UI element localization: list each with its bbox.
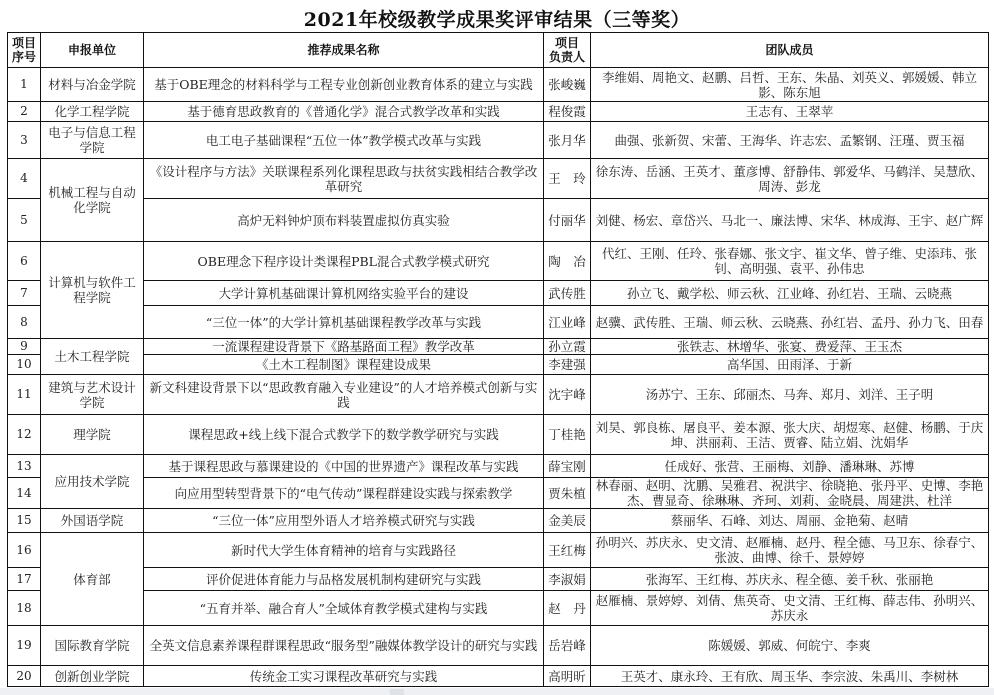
row-unit: 应用技术学院: [41, 455, 144, 509]
row-members: 刘健、杨宏、章岱兴、马北一、廉法博、宋华、林成海、王宇、赵广辉: [591, 199, 989, 242]
row-name: “五育并举、融合育人”全域体育教学模式建构与实践: [144, 591, 544, 626]
header-leader: 项目 负责人: [544, 33, 591, 68]
row-unit: 国际教育学院: [41, 626, 144, 666]
row-members: 张海军、王红梅、苏庆永、程全德、姜千秋、张丽艳: [591, 568, 989, 591]
row-name: OBE理念下程序设计类课程PBL混合式教学模式研究: [144, 242, 544, 281]
row-leader: 李建强: [544, 355, 591, 375]
row-name: 新文科建设背景下以“思政教育融入专业建设”的人才培养模式创新与实践: [144, 375, 544, 415]
table-row: 20 创新创业学院 传统金工实习课程改革研究与实践 高明昕 王英才、康永玲、王有…: [8, 666, 989, 687]
row-name: 评价促进体育能力与品格发展机制构建研究与实践: [144, 568, 544, 591]
row-members: 任成好、张营、王丽梅、刘静、潘琳琳、苏博: [591, 455, 989, 478]
row-seq: 10: [8, 355, 41, 375]
header-name: 推荐成果名称: [144, 33, 544, 68]
row-seq: 3: [8, 122, 41, 159]
row-name: 高炉无料钟炉顶布料装置虚拟仿真实验: [144, 199, 544, 242]
row-unit: 材料与冶金学院: [41, 68, 144, 102]
row-unit: 化学工程学院: [41, 102, 144, 122]
row-seq: 19: [8, 626, 41, 666]
row-seq: 17: [8, 568, 41, 591]
row-members: 汤苏宁、王东、邱丽杰、马奔、郑月、刘洋、王子明: [591, 375, 989, 415]
row-unit: 体育部: [41, 533, 144, 626]
row-seq: 6: [8, 242, 41, 281]
table-row: 9 土木工程学院 一流课程建设背景下《路基路面工程》教学改革 孙立霞 张铁志、林…: [8, 339, 989, 355]
page-title: 2021年校级教学成果奖评审结果（三等奖）: [0, 5, 994, 32]
table-row: 3 电子与信息工程学院 电工电子基础课程“五位一体”教学模式改革与实践 张月华 …: [8, 122, 989, 159]
row-leader: 张月华: [544, 122, 591, 159]
table-row: 8 “三位一体”的大学计算机基础课程教学改革与实践 江业峰 赵骥、武传胜、王瑞、…: [8, 306, 989, 339]
results-table: 项目 序号 申报单位 推荐成果名称 项目 负责人 团队成员 1 材料与冶金学院 …: [7, 32, 989, 687]
row-unit: 外国语学院: [41, 509, 144, 533]
row-leader: 江业峰: [544, 306, 591, 339]
row-leader: 武传胜: [544, 281, 591, 306]
row-leader: 程俊霞: [544, 102, 591, 122]
row-seq: 9: [8, 339, 41, 355]
horizontal-scrollbar[interactable]: [0, 688, 994, 695]
row-members: 林春丽、赵明、沈鹏、吴雅君、祝洪宇、徐晓艳、张丹平、史博、李艳杰、曹显奇、徐琳琳…: [591, 478, 989, 509]
row-members: 李维娟、周艳文、赵鹏、吕哲、王东、朱晶、刘英义、郭媛媛、韩立影、陈东旭: [591, 68, 989, 102]
row-leader: 岳岩峰: [544, 626, 591, 666]
row-leader: 高明昕: [544, 666, 591, 687]
table-row: 1 材料与冶金学院 基于OBE理念的材料科学与工程专业创新创业教育体系的建立与实…: [8, 68, 989, 102]
table-row: 4 机械工程与自动化学院 《设计程序与方法》关联课程系列化课程思政与扶贫实践相结…: [8, 159, 989, 199]
row-members: 赵雁楠、景婷婷、刘倩、焦英奇、史文清、王红梅、薛志伟、孙明兴、苏庆永: [591, 591, 989, 626]
row-members: 曲强、张新贺、宋蕾、王海华、许志宏、孟繁钢、汪瑾、贾玉福: [591, 122, 989, 159]
row-members: 代红、王刚、任玲、张春娜、张文宇、崔文华、曾子维、史添玮、张钊、高明强、袁平、孙…: [591, 242, 989, 281]
header-seq: 项目 序号: [8, 33, 41, 68]
row-unit: 建筑与艺术设计学院: [41, 375, 144, 415]
table-row: 16 体育部 新时代大学生体育精神的培育与实践路径 王红梅 孙明兴、苏庆永、史文…: [8, 533, 989, 568]
table-row: 13 应用技术学院 基于课程思政与慕课建设的《中国的世界遗产》课程改革与实践 薛…: [8, 455, 989, 478]
table-row: 11 建筑与艺术设计学院 新文科建设背景下以“思政教育融入专业建设”的人才培养模…: [8, 375, 989, 415]
table-row: 17 评价促进体育能力与品格发展机制构建研究与实践 李淑娟 张海军、王红梅、苏庆…: [8, 568, 989, 591]
table-row: 19 国际教育学院 全英文信息素养课程群课程思政“服务型”融媒体教学设计的研究与…: [8, 626, 989, 666]
row-unit: 土木工程学院: [41, 339, 144, 375]
header-row: 项目 序号 申报单位 推荐成果名称 项目 负责人 团队成员: [8, 33, 989, 68]
row-name: 新时代大学生体育精神的培育与实践路径: [144, 533, 544, 568]
row-seq: 14: [8, 478, 41, 509]
row-leader: 丁桂艳: [544, 415, 591, 455]
row-leader: 王 玲: [544, 159, 591, 199]
row-members: 王志有、王翠苹: [591, 102, 989, 122]
row-seq: 12: [8, 415, 41, 455]
row-leader: 贾朱植: [544, 478, 591, 509]
table-row: 2 化学工程学院 基于德育思政教育的《普通化学》混合式教学改革和实践 程俊霞 王…: [8, 102, 989, 122]
row-name: “三位一体”应用型外语人才培养模式研究与实践: [144, 509, 544, 533]
row-seq: 13: [8, 455, 41, 478]
row-unit: 理学院: [41, 415, 144, 455]
row-seq: 18: [8, 591, 41, 626]
table-row: 15 外国语学院 “三位一体”应用型外语人才培养模式研究与实践 金美辰 蔡丽华、…: [8, 509, 989, 533]
row-leader: 李淑娟: [544, 568, 591, 591]
table-row: 5 高炉无料钟炉顶布料装置虚拟仿真实验 付丽华 刘健、杨宏、章岱兴、马北一、廉法…: [8, 199, 989, 242]
row-leader: 金美辰: [544, 509, 591, 533]
row-unit: 电子与信息工程学院: [41, 122, 144, 159]
row-name: 向应用型转型背景下的“电气传动”课程群建设实践与探索教学: [144, 478, 544, 509]
row-name: 大学计算机基础课计算机网络实验平台的建设: [144, 281, 544, 306]
row-members: 孙立飞、戴学松、师云秋、江业峰、孙红岩、王瑞、云晓燕: [591, 281, 989, 306]
row-seq: 8: [8, 306, 41, 339]
row-name: 基于德育思政教育的《普通化学》混合式教学改革和实践: [144, 102, 544, 122]
row-seq: 11: [8, 375, 41, 415]
row-name: 基于课程思政与慕课建设的《中国的世界遗产》课程改革与实践: [144, 455, 544, 478]
row-leader: 王红梅: [544, 533, 591, 568]
table-row: 7 大学计算机基础课计算机网络实验平台的建设 武传胜 孙立飞、戴学松、师云秋、江…: [8, 281, 989, 306]
row-seq: 7: [8, 281, 41, 306]
table-row: 12 理学院 课程思政+线上线下混合式教学下的数学教学研究与实践 丁桂艳 刘昊、…: [8, 415, 989, 455]
row-seq: 15: [8, 509, 41, 533]
row-seq: 4: [8, 159, 41, 199]
row-name: 《设计程序与方法》关联课程系列化课程思政与扶贫实践相结合教学改革研究: [144, 159, 544, 199]
row-members: 王英才、康永玲、王有欣、周玉华、李宗波、朱禹川、李树林: [591, 666, 989, 687]
row-members: 陈媛媛、郭威、何皖宁、李爽: [591, 626, 989, 666]
scrollbar-thumb[interactable]: [390, 689, 404, 695]
row-leader: 赵 丹: [544, 591, 591, 626]
row-leader: 沈宇峰: [544, 375, 591, 415]
row-name: 全英文信息素养课程群课程思政“服务型”融媒体教学设计的研究与实践: [144, 626, 544, 666]
row-name: “三位一体”的大学计算机基础课程教学改革与实践: [144, 306, 544, 339]
row-members: 高华国、田雨泽、于新: [591, 355, 989, 375]
row-name: 一流课程建设背景下《路基路面工程》教学改革: [144, 339, 544, 355]
table-row: 14 向应用型转型背景下的“电气传动”课程群建设实践与探索教学 贾朱植 林春丽、…: [8, 478, 989, 509]
row-seq: 2: [8, 102, 41, 122]
row-leader: 张峻巍: [544, 68, 591, 102]
row-leader: 薛宝刚: [544, 455, 591, 478]
row-seq: 16: [8, 533, 41, 568]
row-seq: 1: [8, 68, 41, 102]
table-row: 6 计算机与软件工程学院 OBE理念下程序设计类课程PBL混合式教学模式研究 陶…: [8, 242, 989, 281]
row-unit: 创新创业学院: [41, 666, 144, 687]
table-row: 18 “五育并举、融合育人”全域体育教学模式建构与实践 赵 丹 赵雁楠、景婷婷、…: [8, 591, 989, 626]
row-leader: 孙立霞: [544, 339, 591, 355]
row-unit: 机械工程与自动化学院: [41, 159, 144, 242]
row-name: 传统金工实习课程改革研究与实践: [144, 666, 544, 687]
row-name: 电工电子基础课程“五位一体”教学模式改革与实践: [144, 122, 544, 159]
row-leader: 付丽华: [544, 199, 591, 242]
row-unit: 计算机与软件工程学院: [41, 242, 144, 339]
row-members: 孙明兴、苏庆永、史文清、赵雁楠、赵丹、程全德、马卫东、徐春宁、张波、曲博、徐千、…: [591, 533, 989, 568]
table-row: 10 《土木工程制图》课程建设成果 李建强 高华国、田雨泽、于新: [8, 355, 989, 375]
row-seq: 5: [8, 199, 41, 242]
row-seq: 20: [8, 666, 41, 687]
row-leader: 陶 冶: [544, 242, 591, 281]
header-unit: 申报单位: [41, 33, 144, 68]
row-members: 赵骥、武传胜、王瑞、师云秋、云晓燕、孙红岩、孟丹、孙力飞、田春: [591, 306, 989, 339]
row-members: 张铁志、林增华、张宴、费爱萍、王玉杰: [591, 339, 989, 355]
row-name: 基于OBE理念的材料科学与工程专业创新创业教育体系的建立与实践: [144, 68, 544, 102]
row-name: 《土木工程制图》课程建设成果: [144, 355, 544, 375]
row-name: 课程思政+线上线下混合式教学下的数学教学研究与实践: [144, 415, 544, 455]
row-members: 刘昊、郭良栋、屠良平、姜本源、张大庆、胡煜寒、赵健、杨鹏、于庆坤、洪丽莉、王洁、…: [591, 415, 989, 455]
row-members: 徐东涛、岳涵、王英才、董彦博、舒静伟、郭爱华、马鹤洋、吴慧欣、周涛、彭龙: [591, 159, 989, 199]
header-members: 团队成员: [591, 33, 989, 68]
row-members: 蔡丽华、石峰、刘达、周丽、金艳菊、赵晴: [591, 509, 989, 533]
